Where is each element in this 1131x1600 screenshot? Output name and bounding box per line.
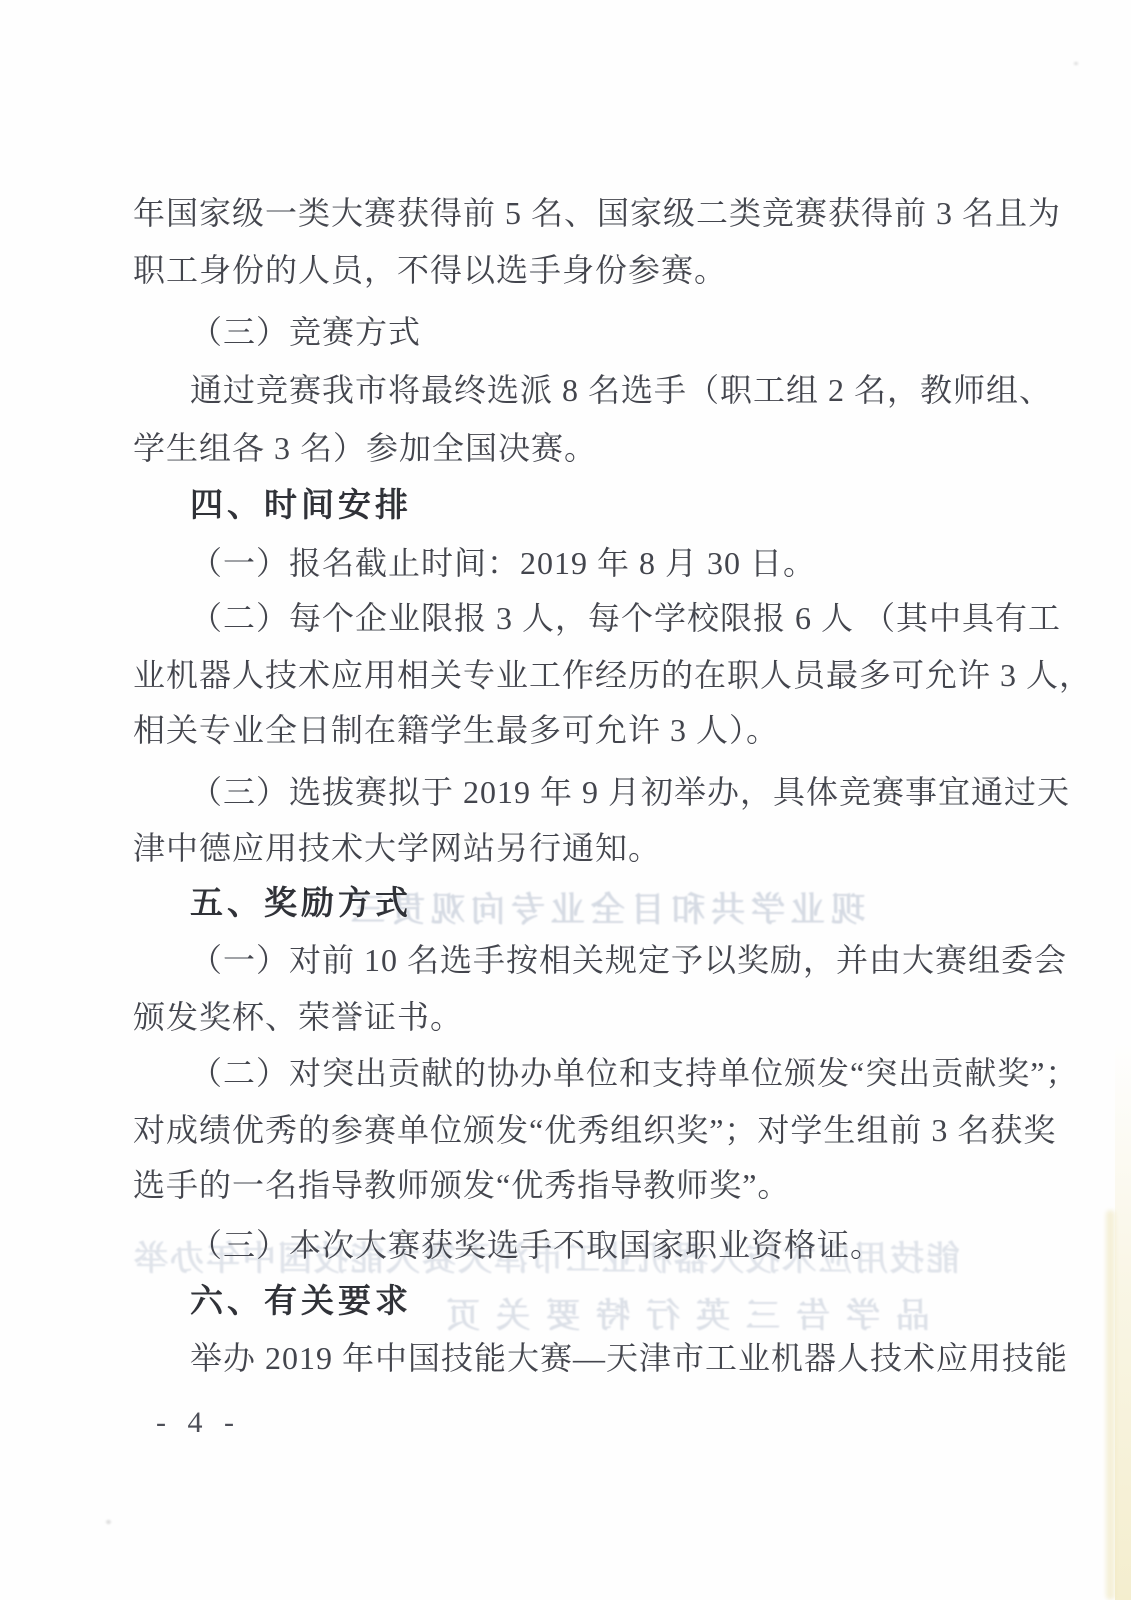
doc-line: 对成绩优秀的参赛单位颁发“优秀组织奖”；对学生组前 3 名获奖: [133, 1107, 951, 1153]
section-heading-5-reward-method: 五、奖励方式: [133, 880, 951, 926]
paper-edge-shadow: [1106, 1210, 1115, 1600]
doc-line: 年国家级一类大赛获得前 5 名、国家级二类竞赛获得前 3 名且为: [133, 190, 951, 236]
scanned-document-page: 现业学共和目全业专向观贯三 能技用应术技人器机业工市津天赛大能技国中年办举 品学…: [0, 0, 1131, 1600]
document-text-block: 年国家级一类大赛获得前 5 名、国家级二类竞赛获得前 3 名且为 职工身份的人员…: [133, 0, 951, 1600]
doc-line-subsection-3-competition-format: （三）竞赛方式: [133, 309, 951, 355]
doc-line: 津中德应用技术大学网站另行通知。: [133, 825, 951, 871]
doc-line: 业机器人技术应用相关专业工作经历的在职人员最多可允许 3 人，: [133, 652, 951, 698]
page-number: - 4 -: [156, 1406, 241, 1440]
doc-line: 选手的一名指导教师颁发“优秀指导教师奖”。: [133, 1162, 951, 1208]
doc-line: 职工身份的人员，不得以选手身份参赛。: [133, 247, 951, 293]
section-heading-6-requirements: 六、有关要求: [133, 1278, 951, 1324]
doc-line: （二）对突出贡献的协办单位和支持单位颁发“突出贡献奖”；: [133, 1050, 951, 1096]
scan-speck: [106, 1520, 111, 1524]
doc-line-registration-deadline: （一）报名截止时间：2019 年 8 月 30 日。: [133, 540, 951, 586]
doc-line: 颁发奖杯、荣誉证书。: [133, 994, 951, 1040]
doc-line: 通过竞赛我市将最终选派 8 名选手（职工组 2 名，教师组、: [133, 367, 951, 413]
doc-line: 学生组各 3 名）参加全国决赛。: [133, 425, 951, 471]
paper-edge-tint: [1115, 1040, 1131, 1600]
doc-line: 相关专业全日制在籍学生最多可允许 3 人）。: [133, 707, 951, 753]
section-heading-4-time-arrangement: 四、时间安排: [133, 482, 951, 528]
doc-line: （三）选拔赛拟于 2019 年 9 月初举办，具体竞赛事宜通过天: [133, 769, 951, 815]
scan-speck: [1074, 62, 1078, 65]
doc-line: 举办 2019 年中国技能大赛—天津市工业机器人技术应用技能: [133, 1335, 951, 1381]
doc-line: （二）每个企业限报 3 人，每个学校限报 6 人 （其中具有工: [133, 595, 951, 641]
doc-line: （一）对前 10 名选手按相关规定予以奖励，并由大赛组委会: [133, 937, 951, 983]
doc-line: （三）本次大赛获奖选手不取国家职业资格证。: [133, 1222, 951, 1268]
